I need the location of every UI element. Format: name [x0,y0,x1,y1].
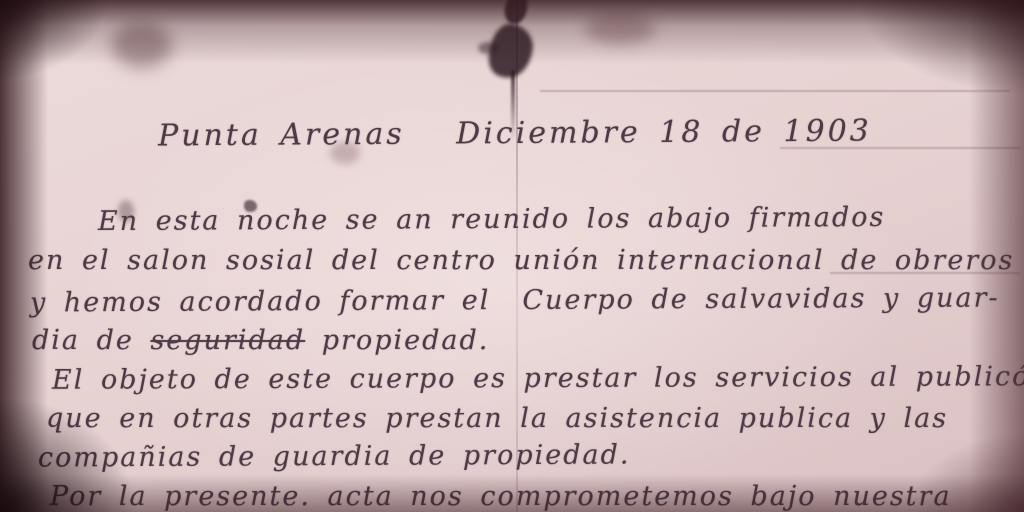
line-4-suffix: propiedad. [305,325,489,356]
smudge-stain [585,14,655,44]
ink-blot-stain [503,0,528,25]
manuscript-photo: Punta Arenas Diciembre 18 de 1903 En est… [0,0,1024,512]
manuscript-line-5: El objeto de este cuerpo es prestar los … [52,361,1024,395]
ink-blot-stain [478,42,498,54]
manuscript-line-4: dia de seguridad propiedad. [32,325,489,356]
struck-word-seguridad: seguridad [150,325,305,356]
line-4-prefix: dia de [32,325,150,356]
manuscript-line-1: En esta noche se an reunido los abajo fi… [98,202,885,237]
paper-crease-line [540,90,1010,92]
smudge-stain [112,22,172,68]
dateline: Punta Arenas Diciembre 18 de 1903 [158,114,872,154]
manuscript-line-3: y hemos acordado formar el Cuerpo de sal… [30,282,1000,318]
manuscript-line-2: en el salon sosial del centro unión inte… [28,245,1014,276]
manuscript-line-7: compañias de guardia de propiedad. [38,439,631,473]
manuscript-line-6: que en otras partes prestan la asistenci… [46,403,948,434]
manuscript-line-8: Por la presente. acta nos comprometemos … [50,481,952,512]
